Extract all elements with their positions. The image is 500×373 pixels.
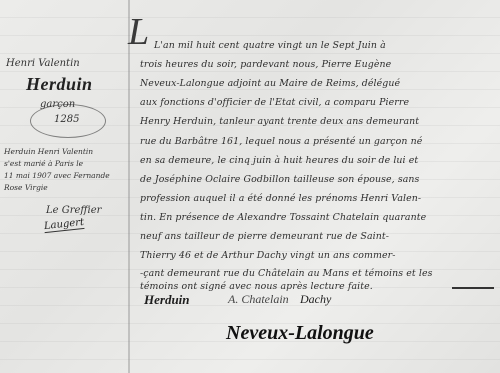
body-line: tin. En présence de Alexandre Tossaint C…: [140, 212, 494, 223]
body-line: rue du Barbâtre 161, lequel nous a prése…: [140, 136, 494, 147]
body-line: Thierry 46 et de Arthur Dachy vingt un a…: [140, 250, 494, 261]
father-signature: Herduin: [144, 292, 190, 308]
body-line: Henry Herduin, tanleur ayant trente deux…: [140, 116, 494, 127]
note-line: Rose Virgie: [4, 182, 126, 194]
document-page: Henri Valentin Herduin garçon 1285 Herdu…: [0, 0, 500, 373]
clerk-signature: Le Greffier: [46, 205, 101, 216]
body-line: L'an mil huit cent quatre vingt un le Se…: [154, 40, 494, 51]
witness-signature-dachy: Dachy: [300, 292, 331, 307]
body-line: profession auquel il a été donné les pré…: [140, 193, 494, 204]
note-line: 11 mai 1907 avec Fernande: [4, 170, 126, 182]
body-line: neuf ans tailleur de pierre demeurant ru…: [140, 231, 494, 242]
record-body: L L'an mil huit cent quatre vingt un le …: [132, 0, 494, 373]
clerk-signature-name: Laugert: [43, 217, 84, 233]
record-number: 1285: [54, 114, 79, 125]
body-line: -çant demeurant rue du Châtelain au Mans…: [140, 268, 494, 279]
body-line: en sa demeure, le cinq juin à huit heure…: [140, 155, 494, 166]
child-first-names: Henri Valentin: [6, 58, 80, 69]
note-line: Herduin Henri Valentin: [4, 146, 126, 158]
drop-cap: L: [128, 10, 149, 54]
child-surname: Herduin: [26, 74, 93, 95]
body-line: de Joséphine Oclaire Godbillon tailleuse…: [140, 174, 494, 185]
body-line: témoins ont signé avec nous après lectur…: [140, 281, 494, 292]
marriage-note: Herduin Henri Valentin s'est marié à Par…: [4, 146, 126, 194]
closing-rule: [452, 287, 494, 289]
note-line: s'est marié à Paris le: [4, 158, 126, 170]
body-line: trois heures du soir, pardevant nous, Pi…: [140, 59, 494, 70]
margin-divider: [128, 0, 130, 373]
body-line: aux fonctions d'officier de l'Etat civil…: [140, 97, 494, 108]
witness-signature-chatelain: A. Chatelain: [228, 292, 289, 307]
body-line: Neveux-Lalongue adjoint au Maire de Reim…: [140, 78, 494, 89]
margin-annotation: Henri Valentin Herduin garçon 1285 Herdu…: [0, 0, 126, 373]
officer-signature: Neveux-Lalongue: [226, 322, 374, 345]
